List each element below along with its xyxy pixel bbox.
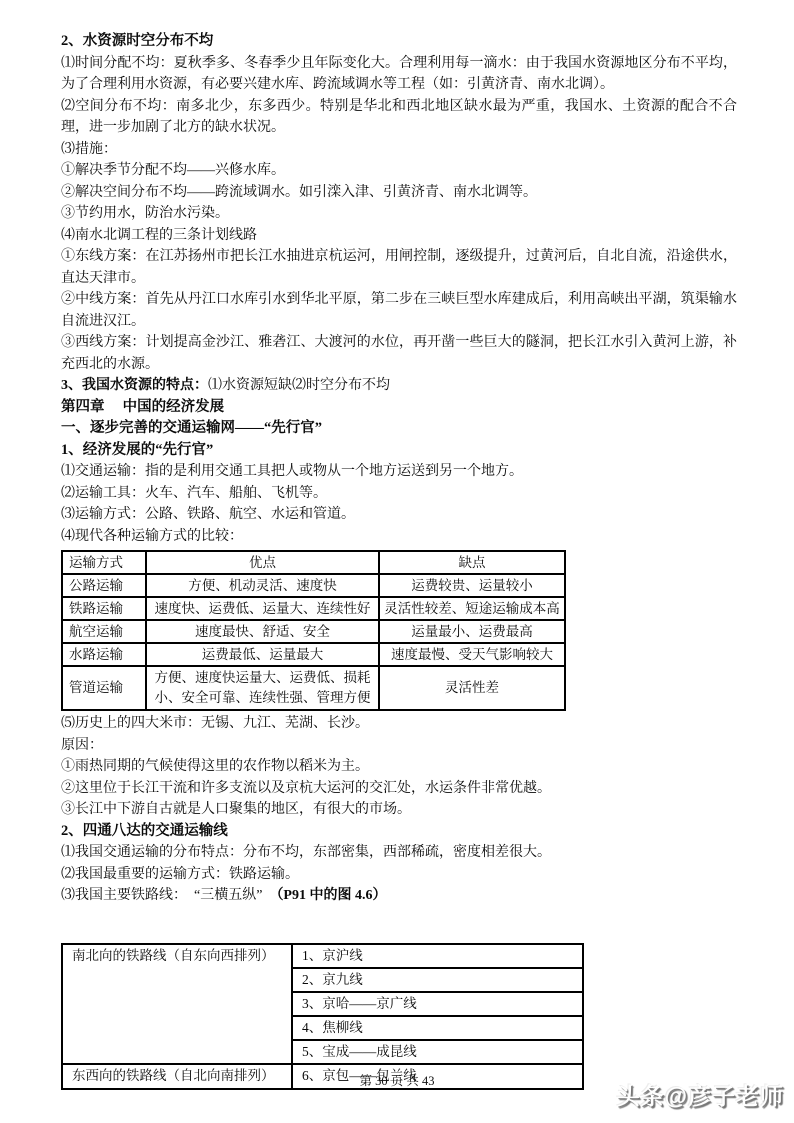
table-cell: 1、京沪线 — [292, 944, 583, 968]
document-page: 2、水资源时空分布不均 ⑴时间分配不均：夏秋季多、冬春季少且年际变化大。合理利用… — [0, 0, 794, 1123]
chapter-heading: 第四章 中国的经济发展 — [61, 397, 737, 419]
paragraph-line: ②这里位于长江干流和许多支流以及京杭大运河的交汇处，水运条件非常优越。 — [61, 778, 737, 800]
table-row: 铁路运输 速度快、运费低、运量大、连续性好 灵活性较差、短途运输成本高 — [62, 597, 565, 620]
paragraph-line: ⑷现代各种运输方式的比较： — [61, 526, 737, 548]
table-cell: 速度最快、舒适、安全 — [146, 620, 379, 643]
table-cell: 灵活性较差、短途运输成本高 — [379, 597, 565, 620]
paragraph-line: ①东线方案：在江苏扬州市把长江水抽进京杭运河，用闸控制，逐级提升，过黄河后，自北… — [61, 246, 737, 289]
paragraph-line: ③长江中下游自古就是人口聚集的地区，有很大的市场。 — [61, 799, 737, 821]
table-cell: 水路运输 — [62, 643, 146, 666]
railway-lines-table: 南北向的铁路线（自东向西排列） 1、京沪线 2、京九线 3、京哈——京广线 4、… — [61, 943, 584, 1090]
column-header: 运输方式 — [62, 551, 146, 574]
paragraph-line: 3、我国水资源的特点：⑴水资源短缺⑵时空分布不均 — [61, 375, 737, 397]
table-cell: 速度最慢、受天气影响较大 — [379, 643, 565, 666]
table-cell: 速度快、运费低、运量大、连续性好 — [146, 597, 379, 620]
paragraph-line: ⑵空间分布不均：南多北少，东多西少。特别是华北和西北地区缺水最为严重，我国水、土… — [61, 96, 737, 139]
watermark: 头条@彦子老师 — [617, 1078, 784, 1111]
table-cell: 方便、机动灵活、速度快 — [146, 574, 379, 597]
table-cell: 公路运输 — [62, 574, 146, 597]
table-cell: 运费较贵、运量较小 — [379, 574, 565, 597]
transport-comparison-table: 运输方式 优点 缺点 公路运输 方便、机动灵活、速度快 运费较贵、运量较小 铁路… — [61, 550, 566, 711]
paragraph-line: ②解决空间分布不均——跨流域调水。如引滦入津、引黄济青、南水北调等。 — [61, 182, 737, 204]
column-header: 缺点 — [379, 551, 565, 574]
heading-fragment: 3、我国水资源的特点： — [61, 378, 208, 393]
text-fragment: ⑶我国主要铁路线： “三横五纵” — [61, 888, 276, 903]
text-fragment: ⑴水资源短缺⑵时空分布不均 — [208, 378, 390, 393]
paragraph-line: ⑶我国主要铁路线： “三横五纵” （P91 中的图 4.6） — [61, 885, 737, 907]
table-cell: 2、京九线 — [292, 968, 583, 992]
section-heading: 2、四通八达的交通运输线 — [61, 821, 737, 843]
paragraph-line: ⑸历史上的四大米市：无锡、九江、芜湖、长沙。 — [61, 713, 737, 735]
paragraph-line: ①雨热同期的气候使得这里的农作物以稻米为主。 — [61, 756, 737, 778]
column-header: 优点 — [146, 551, 379, 574]
table-cell: 航空运输 — [62, 620, 146, 643]
paragraph-line: ⑶运输方式：公路、铁路、航空、水运和管道。 — [61, 504, 737, 526]
table-cell: 方便、速度快运量大、运费低、损耗小、安全可靠、连续性强、管理方便 — [146, 666, 379, 710]
paragraph-line: ⑶措施： — [61, 139, 737, 161]
document-body: 2、水资源时空分布不均 ⑴时间分配不均：夏秋季多、冬春季少且年际变化大。合理利用… — [61, 31, 737, 1090]
table-row: 南北向的铁路线（自东向西排列） 1、京沪线 — [62, 944, 583, 968]
paragraph-line: ①解决季节分配不均——兴修水库。 — [61, 160, 737, 182]
table-cell: 运量最小、运费最高 — [379, 620, 565, 643]
paragraph-line: ⑵运输工具：火车、汽车、船舶、飞机等。 — [61, 483, 737, 505]
table-cell: 灵活性差 — [379, 666, 565, 710]
paragraph-line: ②中线方案：首先从丹江口水库引水到华北平原，第二步在三峡巨型水库建成后，利用高峡… — [61, 289, 737, 332]
table-row: 公路运输 方便、机动灵活、速度快 运费较贵、运量较小 — [62, 574, 565, 597]
heading-fragment: （P91 中的图 4.6） — [276, 888, 386, 903]
table-cell: 运费最低、运量最大 — [146, 643, 379, 666]
table-cell: 5、宝成——成昆线 — [292, 1040, 583, 1064]
table-row: 水路运输 运费最低、运量最大 速度最慢、受天气影响较大 — [62, 643, 565, 666]
paragraph-line: ③节约用水，防治水污染。 — [61, 203, 737, 225]
table-cell: 4、焦柳线 — [292, 1016, 583, 1040]
table-cell: 铁路运输 — [62, 597, 146, 620]
table-cell: 管道运输 — [62, 666, 146, 710]
paragraph-line: ⑵我国最重要的运输方式：铁路运输。 — [61, 864, 737, 886]
table-row: 管道运输 方便、速度快运量大、运费低、损耗小、安全可靠、连续性强、管理方便 灵活… — [62, 666, 565, 710]
table-row: 航空运输 速度最快、舒适、安全 运量最小、运费最高 — [62, 620, 565, 643]
section-heading: 一、逐步完善的交通运输网——“先行官” — [61, 418, 737, 440]
table-header-row: 运输方式 优点 缺点 — [62, 551, 565, 574]
section-heading: 2、水资源时空分布不均 — [61, 31, 737, 53]
paragraph-line: ⑴交通运输：指的是利用交通工具把人或物从一个地方运送到另一个地方。 — [61, 461, 737, 483]
paragraph-line: ⑷南水北调工程的三条计划线路 — [61, 225, 737, 247]
paragraph-line: ⑴时间分配不均：夏秋季多、冬春季少且年际变化大。合理利用每一滴水：由于我国水资源… — [61, 53, 737, 96]
table-cell: 3、京哈——京广线 — [292, 992, 583, 1016]
paragraph-line: ⑴我国交通运输的分布特点：分布不均，东部密集，西部稀疏，密度相差很大。 — [61, 842, 737, 864]
paragraph-line: ③西线方案：计划提高金沙江、雅砻江、大渡河的水位，再开凿一些巨大的隧洞，把长江水… — [61, 332, 737, 375]
paragraph-line: 原因： — [61, 735, 737, 757]
section-heading: 1、经济发展的“先行官” — [61, 440, 737, 462]
railway-group-label: 南北向的铁路线（自东向西排列） — [62, 944, 292, 1064]
